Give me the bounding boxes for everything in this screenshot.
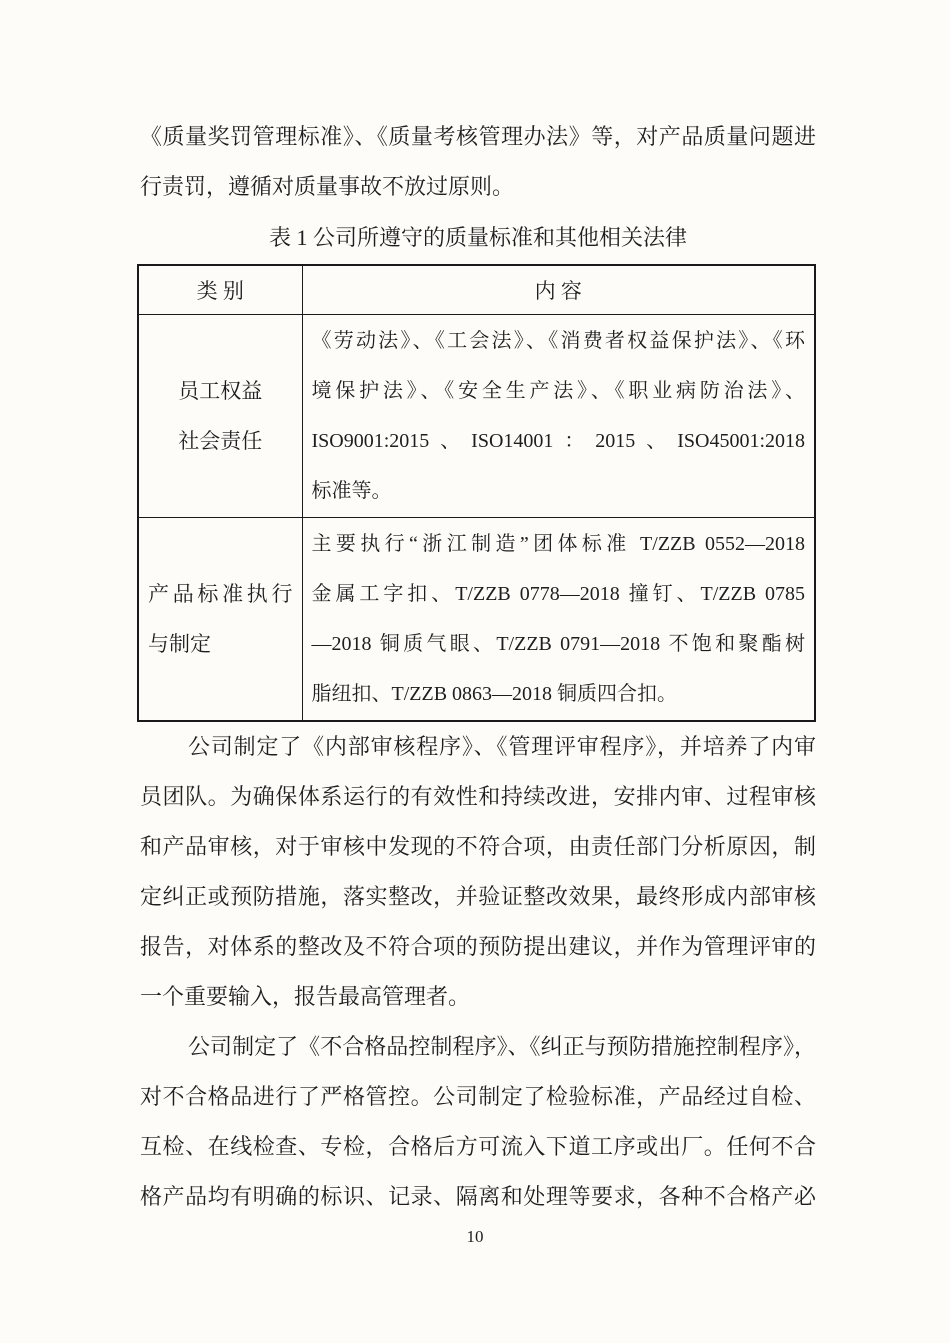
content-text: 《劳动法》、《工会法》、《消费者权益保护法》、《环境保护法》、《安全生产法》、《… [312,316,806,516]
text-line: 和产品审核，对于审核中发现的不符合项，由责任部门分析原因，制 [140,822,816,872]
text-line: 金属工字扣、T/ZZB 0778—2018 撞钉、T/ZZB 0785 [312,569,806,619]
text-line: 与制定 [148,619,293,669]
text-line: 社会责任 [148,416,293,466]
page-content: 《质量奖罚管理标准》、《质量考核管理办法》等，对产品质量问题进行责罚，遵循对质量… [140,112,816,1222]
page-number: 10 [0,1222,950,1252]
text-line: 一个重要输入，报告最高管理者。 [140,972,816,1022]
text-line: 公司制定了《内部审核程序》、《管理评审程序》，并培养了内审 [140,722,816,772]
text-line: 格产品均有明确的标识、记录、隔离和处理等要求，各种不合格产必 [140,1172,816,1222]
paragraph-internal-audit: 公司制定了《内部审核程序》、《管理评审程序》，并培养了内审员团队。为确保体系运行… [140,722,816,1022]
text-line: 标准等。 [312,466,806,516]
text-line: 员团队。为确保体系运行的有效性和持续改进，安排内审、过程审核 [140,772,816,822]
content-cell: 《劳动法》、《工会法》、《消费者权益保护法》、《环境保护法》、《安全生产法》、《… [302,315,815,518]
text-line: 互检、在线检查、专检，合格后方可流入下道工序或出厂。任何不合 [140,1122,816,1172]
table-header-row: 类 别 内 容 [138,265,815,315]
table-row-product-standards: 产品标准执行与制定 主要执行“浙江制造”团体标准 T/ZZB 0552—2018… [138,518,815,722]
text-line: 产品标准执行 [148,569,293,619]
content-text: 主要执行“浙江制造”团体标准 T/ZZB 0552—2018金属工字扣、T/ZZ… [312,519,806,719]
text-line: ISO9001:2015、ISO14001：2015、ISO45001:2018 [312,416,806,466]
paragraph-nonconforming-control: 公司制定了《不合格品控制程序》、《纠正与预防措施控制程序》，对不合格品进行了严格… [140,1022,816,1222]
text-line: 《劳动法》、《工会法》、《消费者权益保护法》、《环 [312,316,806,366]
text-line: 员工权益 [148,366,293,416]
table-row-employee-rights: 员工权益社会责任 《劳动法》、《工会法》、《消费者权益保护法》、《环境保护法》、… [138,315,815,518]
category-cell: 员工权益社会责任 [138,315,302,518]
text-line: 境保护法》、《安全生产法》、《职业病防治法》、 [312,366,806,416]
paragraph-intro: 《质量奖罚管理标准》、《质量考核管理办法》等，对产品质量问题进行责罚，遵循对质量… [140,112,816,212]
text-line: 报告，对体系的整改及不符合项的预防提出建议，并作为管理评审的 [140,922,816,972]
table-header-content: 内 容 [302,265,815,315]
text-line: 《质量奖罚管理标准》、《质量考核管理办法》等，对产品质量问题进 [140,112,816,162]
category-cell: 产品标准执行与制定 [138,518,302,722]
category-text: 员工权益社会责任 [148,366,293,466]
table-caption: 表 1 公司所遵守的质量标准和其他相关法律 [140,212,816,264]
text-line: 对不合格品进行了严格管控。公司制定了检验标准，产品经过自检、 [140,1072,816,1122]
text-line: 行责罚，遵循对质量事故不放过原则。 [140,162,816,212]
text-line: 公司制定了《不合格品控制程序》、《纠正与预防措施控制程序》， [140,1022,816,1072]
text-line: 定纠正或预防措施，落实整改，并验证整改效果，最终形成内部审核 [140,872,816,922]
standards-table: 类 别 内 容 员工权益社会责任 《劳动法》、《工会法》、《消费者权益保护法》、… [137,264,816,722]
content-cell: 主要执行“浙江制造”团体标准 T/ZZB 0552—2018金属工字扣、T/ZZ… [302,518,815,722]
text-line: 主要执行“浙江制造”团体标准 T/ZZB 0552—2018 [312,519,806,569]
table-header-category: 类 别 [138,265,302,315]
category-text: 产品标准执行与制定 [148,569,293,669]
text-line: —2018 铜质气眼、T/ZZB 0791—2018 不饱和聚酯树 [312,619,806,669]
text-line: 脂纽扣、T/ZZB 0863—2018 铜质四合扣。 [312,669,806,719]
document-page: 《质量奖罚管理标准》、《质量考核管理办法》等，对产品质量问题进行责罚，遵循对质量… [0,0,950,1343]
